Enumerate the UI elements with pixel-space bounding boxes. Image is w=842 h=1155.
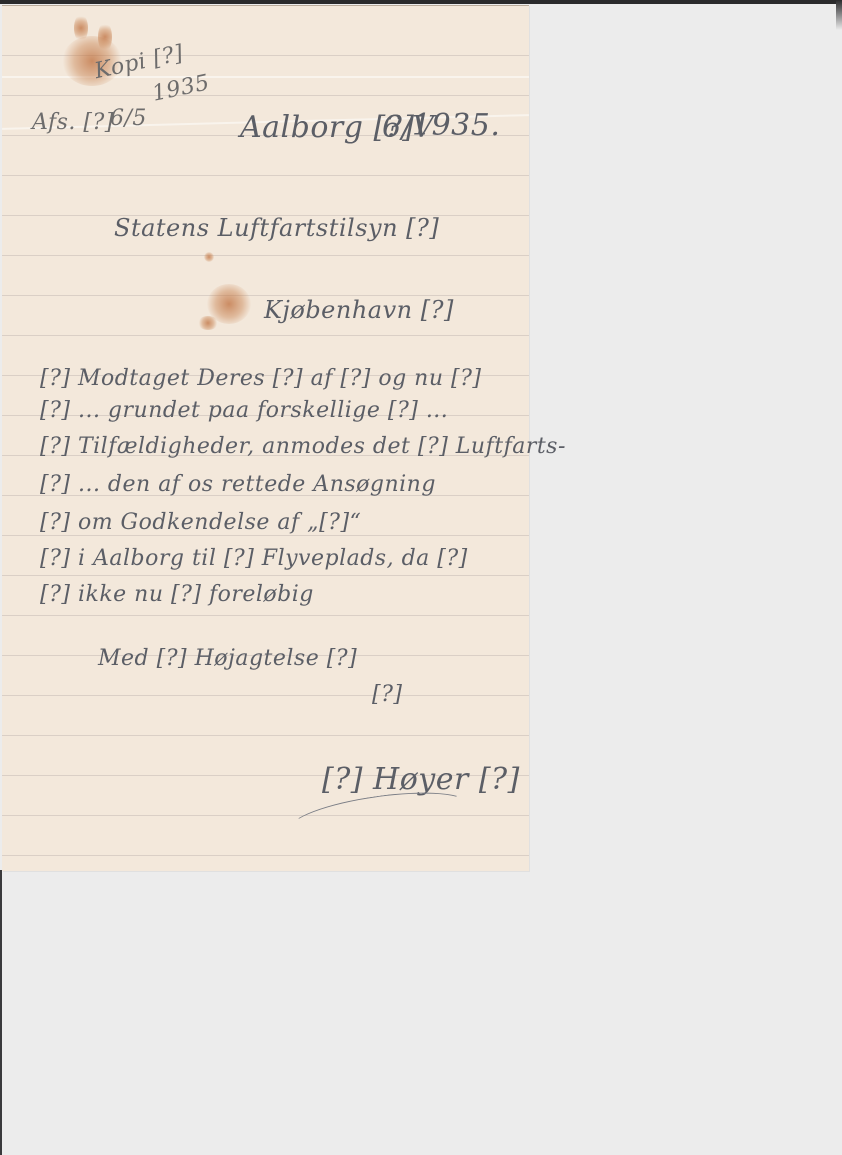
scanner-right-edge [836, 0, 842, 30]
rust-stain [198, 316, 218, 330]
body-line-5: [?] om Godkendelse af „[?]“ [40, 510, 361, 535]
scanner-left-edge [0, 870, 2, 1155]
scanner-top-edge [0, 0, 842, 4]
letter-sheet: Kopi [?] Afs. [?] 6/5 1935 Aalborg [?] 6… [2, 5, 529, 871]
closing-line1: Med [?] Højagtelse [?] [98, 646, 357, 671]
annotation-date: 6/5 [110, 106, 147, 131]
body-line-1: [?] Modtaget Deres [?] af [?] og nu [?] [40, 366, 481, 391]
annotation-prefix: Afs. [?] [32, 110, 114, 135]
dateline-year: 1935. [412, 108, 500, 143]
body-line-7: [?] ikke nu [?] foreløbig [40, 582, 314, 607]
body-line-3: [?] Tilfældigheder, anmodes det [?] Luft… [40, 434, 566, 459]
body-line-6: [?] i Aalborg til [?] Flyveplads, da [?] [40, 546, 468, 571]
closing-line2: [?] [372, 682, 402, 707]
body-line-4: [?] ... den af os rettede Ansøgning [40, 472, 436, 497]
rust-stain [204, 252, 214, 262]
rust-stain [98, 22, 112, 52]
address-city: Kjøbenhavn [?] [264, 296, 454, 324]
address-recipient: Statens Luftfartstilsyn [?] [114, 214, 439, 242]
body-line-2: [?] ... grundet paa forskellige [?] ... [40, 398, 448, 423]
rust-stain [74, 14, 88, 42]
